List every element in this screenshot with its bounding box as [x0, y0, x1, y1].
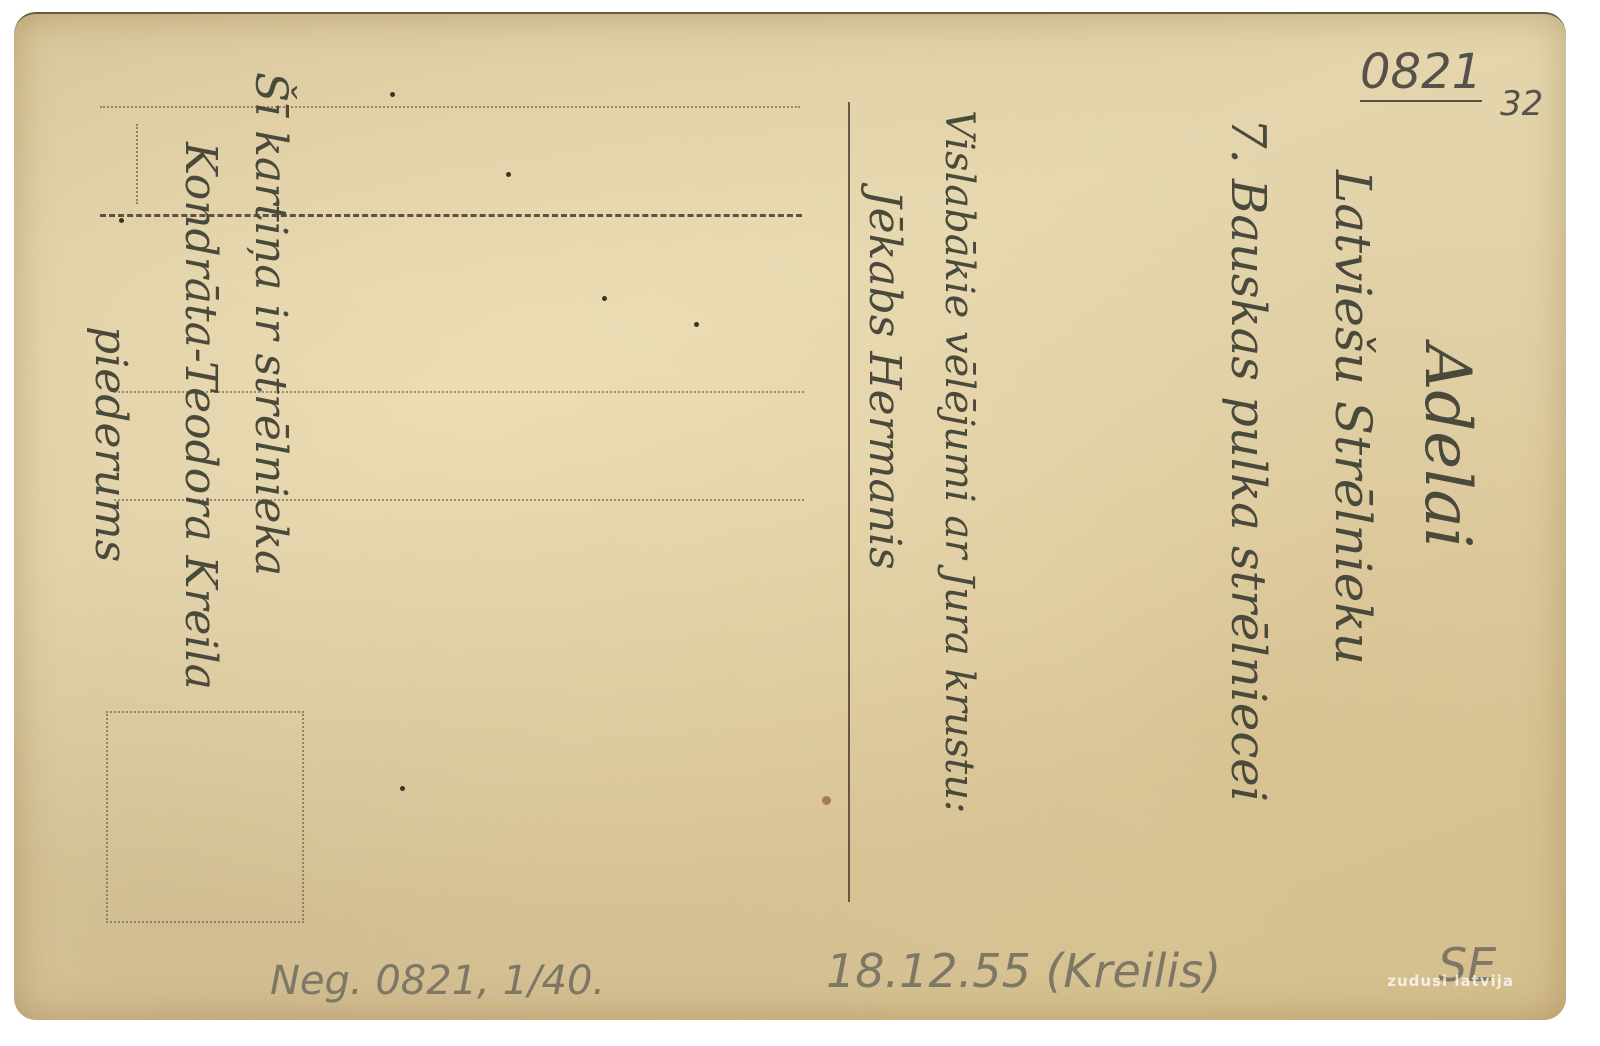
postcard-back: 0821 32 Adelai Latviešu Strēlnieku 7. Ba…	[14, 12, 1566, 1020]
message-line-3: piederums	[85, 326, 136, 562]
archive-note-date: 18.12.55 (Kreilis)	[826, 944, 1221, 998]
greeting-signature: Jēkabs Hermanis	[859, 190, 910, 570]
message-line-1: Šī kartiņa ir strēlnieka	[245, 72, 296, 576]
catalog-number: 0821	[1360, 44, 1482, 102]
center-divider	[848, 102, 850, 902]
margin-tick	[136, 124, 138, 204]
catalog-sub: 32	[1500, 84, 1543, 124]
recipient-line-1: Adelai	[1410, 344, 1484, 548]
recipient-line-3: 7. Bauskas pulka strēlniecei	[1220, 118, 1276, 802]
watermark: zudusi latvija	[1387, 972, 1514, 990]
address-line-1	[100, 106, 800, 108]
message-line-2: Kondrāta-Teodora Kreila	[175, 142, 226, 690]
greeting-line-1: Vislabākie vēlējumi ar Jura krustu:	[936, 110, 982, 813]
archive-note-negative: Neg. 0821, 1/40.	[270, 958, 605, 1004]
recipient-line-2: Latviešu Strēlnieku	[1324, 170, 1382, 665]
stamp-box	[106, 711, 304, 923]
